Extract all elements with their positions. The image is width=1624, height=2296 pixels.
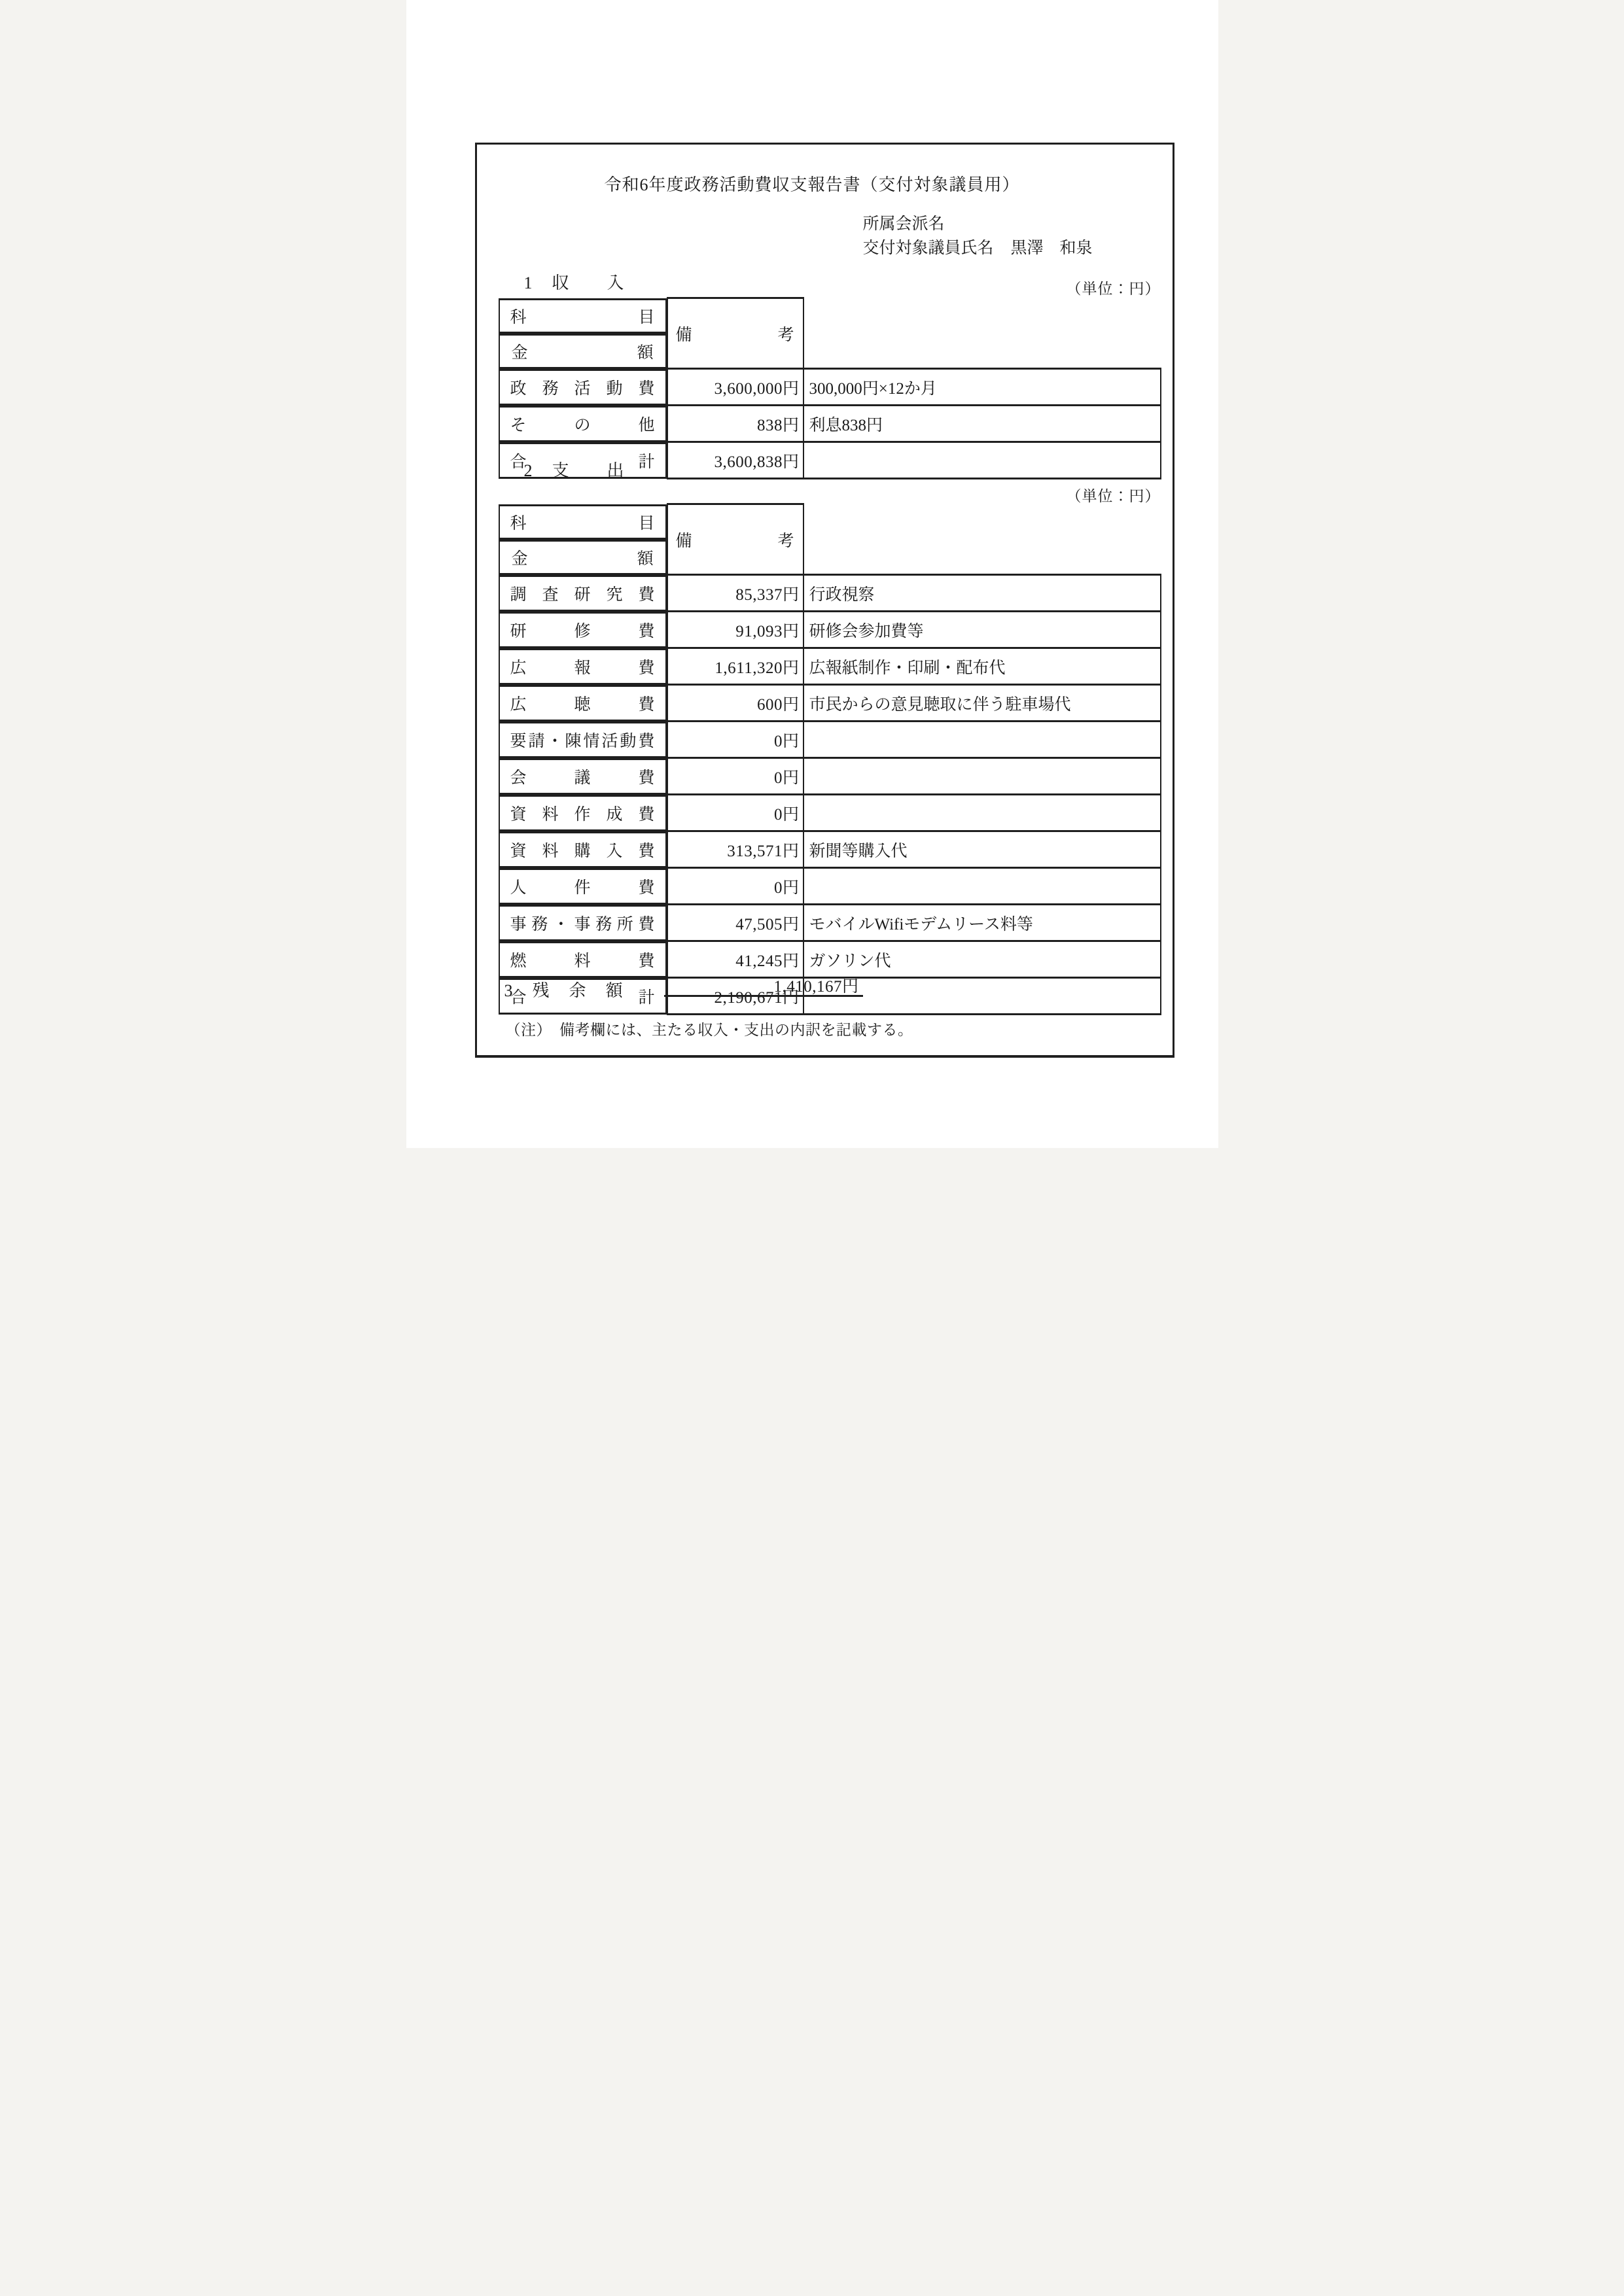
- faction-name-label: 所属会派名: [863, 215, 945, 233]
- table-row: 調査研究費 85,337円 行政視察: [499, 575, 1161, 612]
- member-name-line: 交付対象議員氏名黒澤 和泉: [863, 235, 1093, 258]
- member-name-label: 交付対象議員氏名: [863, 239, 994, 257]
- scanned-report-page: 令和6年度政務活動費収支報告書（交付対象議員用） 所属会派名 交付対象議員氏名黒…: [406, 0, 1218, 1148]
- section-3-remainder-heading: 3 残 余 額: [504, 977, 624, 1001]
- member-name-value: 黒澤 和泉: [1011, 239, 1093, 257]
- table-row: 燃料費 41,245円 ガソリン代: [499, 941, 1161, 978]
- expense-row-remarks: [803, 868, 1161, 905]
- income-row-remarks: 300,000円×12か月: [803, 369, 1161, 406]
- expense-row-label: 資料作成費: [499, 795, 667, 831]
- expense-row-label: 燃料費: [499, 941, 667, 978]
- expense-row-amount: 41,245円: [667, 941, 803, 978]
- table-row: 広報費 1,611,320円 広報紙制作・印刷・配布代: [499, 648, 1161, 685]
- expense-row-remarks: [803, 758, 1161, 795]
- expense-row-amount: 0円: [667, 868, 803, 905]
- expense-row-label: 広報費: [499, 648, 667, 685]
- expense-row-label: 会議費: [499, 758, 667, 795]
- table-row: 資料作成費 0円: [499, 795, 1161, 831]
- table-row: 会議費 0円: [499, 758, 1161, 795]
- table-row: 要請・陳情活動費 0円: [499, 722, 1161, 758]
- expense-header-remarks: 備 考: [667, 504, 803, 575]
- expense-row-label: 資料購入費: [499, 831, 667, 868]
- expense-row-amount: 600円: [667, 685, 803, 722]
- table-row: 事務・事務所費 47,505円 モバイルWifiモデムリース料等: [499, 905, 1161, 941]
- expense-row-amount: 1,611,320円: [667, 648, 803, 685]
- expense-row-amount: 0円: [667, 795, 803, 831]
- expense-row-remarks: [803, 722, 1161, 758]
- table-row: その他 838円 利息838円: [499, 406, 1161, 442]
- expense-row-label: 人件費: [499, 868, 667, 905]
- expense-row-amount: 85,337円: [667, 575, 803, 612]
- faction-name-line: 所属会派名: [863, 211, 945, 234]
- expense-row-label: 調査研究費: [499, 575, 667, 612]
- expense-row-remarks: 新聞等購入代: [803, 831, 1161, 868]
- expense-row-remarks: モバイルWifiモデムリース料等: [803, 905, 1161, 941]
- income-row-label: 政務活動費: [499, 369, 667, 406]
- table-row: 研修費 91,093円 研修会参加費等: [499, 612, 1161, 648]
- expense-row-label: 事務・事務所費: [499, 905, 667, 941]
- expense-row-amount: 313,571円: [667, 831, 803, 868]
- table-row: 政務活動費 3,600,000円 300,000円×12か月: [499, 369, 1161, 406]
- expense-row-amount: 0円: [667, 722, 803, 758]
- income-row-amount: 3,600,000円: [667, 369, 803, 406]
- table-row: 広聴費 600円 市民からの意見聴取に伴う駐車場代: [499, 685, 1161, 722]
- table-row: 人件費 0円: [499, 868, 1161, 905]
- income-table: 科目 金額 備 考 政務活動費 3,600,000円 300,000円×12か月…: [499, 297, 1161, 479]
- expense-row-amount: 91,093円: [667, 612, 803, 648]
- income-row-amount: 3,600,838円: [667, 442, 803, 479]
- income-header-row: 科目 金額 備 考: [499, 298, 1161, 369]
- remainder-amount: 1,410,167円: [664, 973, 863, 997]
- expense-row-remarks: ガソリン代: [803, 941, 1161, 978]
- expense-header-amount: 金額: [499, 540, 667, 575]
- expense-row-label: 広聴費: [499, 685, 667, 722]
- document-title: 令和6年度政務活動費収支報告書（交付対象議員用）: [406, 171, 1218, 196]
- unit-note-income: （単位：円）: [1067, 277, 1161, 298]
- income-row-remarks: [803, 442, 1161, 479]
- expense-row-amount: 0円: [667, 758, 803, 795]
- expense-header-subject: 科目: [499, 504, 667, 540]
- table-row: 資料購入費 313,571円 新聞等購入代: [499, 831, 1161, 868]
- income-row-amount: 838円: [667, 406, 803, 442]
- expense-row-amount: 47,505円: [667, 905, 803, 941]
- expense-row-label: 研修費: [499, 612, 667, 648]
- expense-table: 科目 金額 備 考 調査研究費 85,337円 行政視察 研修費 91,093円…: [499, 503, 1161, 1015]
- expense-row-remarks: 研修会参加費等: [803, 612, 1161, 648]
- income-row-label: その他: [499, 406, 667, 442]
- section-2-expense-heading: 2 支 出: [524, 457, 626, 481]
- income-header-subject: 科目: [499, 298, 667, 334]
- expense-row-remarks: 広報紙制作・印刷・配布代: [803, 648, 1161, 685]
- income-row-remarks: 利息838円: [803, 406, 1161, 442]
- income-header-amount: 金額: [499, 334, 667, 369]
- expense-row-remarks: 行政視察: [803, 575, 1161, 612]
- section-1-income-heading: 1 収 入: [524, 270, 626, 294]
- income-header-remarks: 備 考: [667, 298, 803, 369]
- expense-header-row: 科目 金額 備 考: [499, 504, 1161, 575]
- expense-row-label: 要請・陳情活動費: [499, 722, 667, 758]
- expense-row-remarks: 市民からの意見聴取に伴う駐車場代: [803, 685, 1161, 722]
- footnote: （注） 備考欄には、主たる収入・支出の内訳を記載する。: [506, 1018, 913, 1039]
- expense-row-remarks: [803, 795, 1161, 831]
